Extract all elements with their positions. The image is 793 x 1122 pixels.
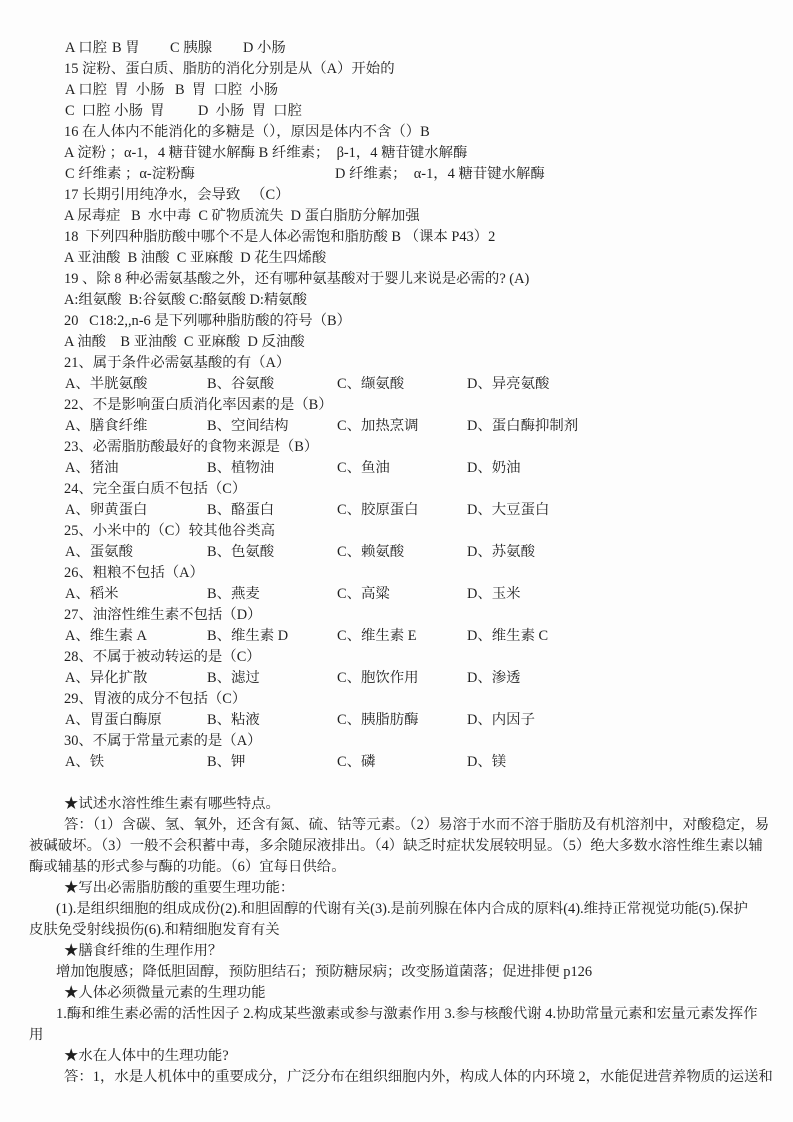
document-page: A 口腔B 胃C 胰腺D 小肠15 淀粉、蛋白质、脂肪的消化分别是从（A）开始的…	[0, 0, 793, 1122]
option-cell: B、滤过	[207, 668, 260, 689]
option-cell: D 小肠	[243, 38, 286, 59]
text-line: 24、完全蛋白质不包括（C）	[29, 479, 781, 500]
option-cell: A、猪油	[65, 458, 119, 479]
option-cell: B、粘液	[207, 710, 260, 731]
text-line: A 淀粉 ；α-1，4 糖苷键水解酶 B 纤维素； β-1，4 糖苷键水解酶	[29, 143, 781, 164]
text-line: 27、油溶性维生素不包括（D）	[29, 605, 781, 626]
text-line: 20 C18:2,,n-6 是下列哪种脂肪酸的符号（B）	[29, 311, 781, 332]
option-cell: B、维生素 D	[207, 626, 288, 647]
option-cell: D、渗透	[467, 668, 521, 689]
option-cell: B、空间结构	[207, 416, 289, 437]
text-line: A 尿毒症 B 水中毒 C 矿物质流失 D 蛋白脂肪分解加强	[29, 206, 781, 227]
option-cell: B、色氨酸	[207, 542, 274, 563]
text-line: 22、不是影响蛋白质消化率因素的是（B）	[29, 395, 781, 416]
text-line: 21、属于条件必需氨基酸的有（A）	[29, 353, 781, 374]
text-line: 17 长期引用纯净水，会导致 （C）	[29, 185, 781, 206]
text-line: ★试述水溶性维生素有哪些特点。	[29, 794, 781, 815]
option-row: A、卵黄蛋白B、酪蛋白C、胶原蛋白D、大豆蛋白	[29, 500, 781, 521]
option-cell: B、燕麦	[207, 584, 260, 605]
option-cell: C、缬氨酸	[337, 374, 404, 395]
option-cell: A、膳食纤维	[65, 416, 147, 437]
text-line: 15 淀粉、蛋白质、脂肪的消化分别是从（A）开始的	[29, 59, 781, 80]
option-cell: A、半胱氨酸	[65, 374, 147, 395]
option-row: A、蛋氨酸B、色氨酸C、赖氨酸D、苏氨酸	[29, 542, 781, 563]
option-cell: A、卵黄蛋白	[65, 500, 147, 521]
text-line: A:组氨酸 B:谷氨酸 C:酪氨酸 D:精氨酸	[29, 290, 781, 311]
option-cell: A、铁	[65, 752, 104, 773]
option-row: C 纤维素 ；α-淀粉酶D 纤维素； α-1，4 糖苷键水解酶	[29, 164, 781, 185]
option-cell: A 口腔 胃 小肠	[65, 80, 165, 101]
option-row: C 口腔 小肠 胃D 小肠 胃 口腔	[29, 101, 781, 122]
text-line: 答：（1）含碳、氢、氧外，还含有氮、硫、钴等元素。（2）易溶于水而不溶于脂肪及有…	[29, 815, 781, 836]
option-cell: C、胶原蛋白	[337, 500, 419, 521]
option-cell: D、内因子	[467, 710, 535, 731]
text-line: 1.酶和维生素必需的活性因子 2.构成某些激素或参与激素作用 3.参与核酸代谢 …	[29, 1004, 781, 1025]
text-line: 被碱破坏。（3）一般不会积蓄中毒，多余随尿液排出。（4）缺乏时症状发展较明显。（…	[29, 836, 781, 857]
option-cell: A、胃蛋白酶原	[65, 710, 162, 731]
option-row: A 口腔B 胃C 胰腺D 小肠	[29, 38, 781, 59]
text-line: A 亚油酸 B 油酸 C 亚麻酸 D 花生四烯酸	[29, 248, 781, 269]
option-cell: A、稻米	[65, 584, 119, 605]
option-row: A、维生素 AB、维生素 DC、维生素 ED、维生素 C	[29, 626, 781, 647]
text-line: ★写出必需脂肪酸的重要生理功能：	[29, 878, 781, 899]
text-line: 30、不属于常量元素的是（A）	[29, 731, 781, 752]
option-cell: D、异亮氨酸	[467, 374, 549, 395]
option-cell: C、鱼油	[337, 458, 390, 479]
option-row: A、半胱氨酸B、谷氨酸C、缬氨酸D、异亮氨酸	[29, 374, 781, 395]
text-line: ★膳食纤维的生理作用？	[29, 941, 781, 962]
option-cell: C、磷	[337, 752, 375, 773]
text-line: (1).是组织细胞的组成成份(2).和胆固醇的代谢有关(3).是前列腺在体内合成…	[29, 899, 781, 920]
text-line: 19 、除 8 种必需氨基酸之外，还有哪种氨基酸对于婴儿来说是必需的? (A)	[29, 269, 781, 290]
option-cell: C 纤维素 ；α-淀粉酶	[65, 164, 195, 185]
option-cell: C、赖氨酸	[337, 542, 404, 563]
option-cell: C、加热烹调	[337, 416, 419, 437]
option-cell: D、蛋白酶抑制剂	[467, 416, 578, 437]
text-line: 用	[29, 1025, 781, 1046]
option-row: A、猪油B、植物油C、鱼油D、奶油	[29, 458, 781, 479]
option-cell: C、胞饮作用	[337, 668, 419, 689]
option-row: A、铁B、钾C、磷D、镁	[29, 752, 781, 773]
option-cell: D、大豆蛋白	[467, 500, 549, 521]
text-line: 16 在人体内不能消化的多糖是（），原因是体内不含（）B	[29, 122, 781, 143]
option-cell: D、玉米	[467, 584, 521, 605]
option-cell: A、蛋氨酸	[65, 542, 133, 563]
option-row: A、胃蛋白酶原B、粘液C、胰脂肪酶D、内因子	[29, 710, 781, 731]
option-cell: D、奶油	[467, 458, 521, 479]
option-cell: D、镁	[467, 752, 506, 773]
text-line: 18 下列四种脂肪酸中哪个不是人体必需饱和脂肪酸 B （课本 P43）2	[29, 227, 781, 248]
text-line: 增加饱腹感；降低胆固醇，预防胆结石；预防糖尿病；改变肠道菌落；促进排便 p126	[29, 962, 781, 983]
document-content: A 口腔B 胃C 胰腺D 小肠15 淀粉、蛋白质、脂肪的消化分别是从（A）开始的…	[29, 38, 781, 1088]
option-row: A、膳食纤维B、空间结构C、加热烹调D、蛋白酶抑制剂	[29, 416, 781, 437]
option-row: A、异化扩散B、滤过C、胞饮作用D、渗透	[29, 668, 781, 689]
option-cell: A 口腔	[65, 38, 107, 59]
option-cell: B、谷氨酸	[207, 374, 274, 395]
option-cell: B、钾	[207, 752, 245, 773]
option-cell: A、异化扩散	[65, 668, 147, 689]
option-cell: B 胃 口腔 小肠	[175, 80, 278, 101]
text-line: 酶或辅基的形式参与酶的功能。（6）宜每日供给。	[29, 857, 781, 878]
text-line: 皮肤免受射线损伤(6).和精细胞发育有关	[29, 920, 781, 941]
text-line: 25、小米中的（C）较其他谷类高	[29, 521, 781, 542]
option-cell: C、维生素 E	[337, 626, 417, 647]
text-line: 29、胃液的成分不包括（C）	[29, 689, 781, 710]
option-cell: B、植物油	[207, 458, 274, 479]
option-cell: B 胃	[112, 38, 140, 59]
option-cell: A、维生素 A	[65, 626, 147, 647]
option-cell: C、胰脂肪酶	[337, 710, 419, 731]
option-cell: D、维生素 C	[467, 626, 548, 647]
option-cell: C 口腔 小肠 胃	[65, 101, 165, 122]
option-cell: B、酪蛋白	[207, 500, 274, 521]
text-line: ★水在人体中的生理功能?	[29, 1046, 781, 1067]
text-line: 23、必需脂肪酸最好的食物来源是（B）	[29, 437, 781, 458]
option-row: A、稻米B、燕麦C、高粱D、玉米	[29, 584, 781, 605]
option-cell: D 纤维素； α-1，4 糖苷键水解酶	[335, 164, 545, 185]
option-cell: D 小肠 胃 口腔	[198, 101, 302, 122]
text-line: ★人体必须微量元素的生理功能	[29, 983, 781, 1004]
text-line: A 油酸 B 亚油酸 C 亚麻酸 D 反油酸	[29, 332, 781, 353]
text-line: 26、粗粮不包括（A）	[29, 563, 781, 584]
option-cell: C、高粱	[337, 584, 390, 605]
text-line: 答：1，水是人机体中的重要成分，广泛分布在组织细胞内外，构成人体的内环境 2，水…	[29, 1067, 781, 1088]
option-cell: C 胰腺	[170, 38, 212, 59]
text-line: 28、不属于被动转运的是（C）	[29, 647, 781, 668]
blank-line	[29, 773, 781, 794]
option-row: A 口腔 胃 小肠B 胃 口腔 小肠	[29, 80, 781, 101]
option-cell: D、苏氨酸	[467, 542, 535, 563]
